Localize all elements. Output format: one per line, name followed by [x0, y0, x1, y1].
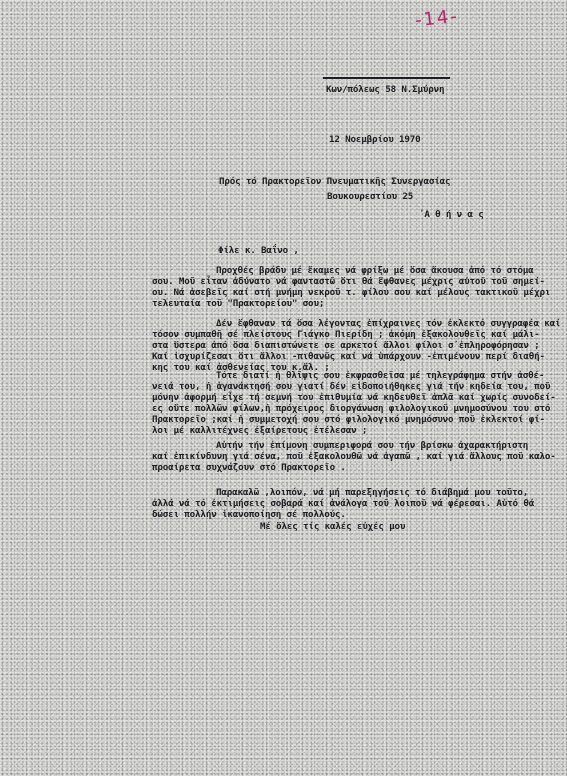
paragraph-line: Καί ἰσχυρίζεσαι ὅτι ἄλλοι -πιθανῶς καί ν…	[152, 351, 545, 362]
recipient-line-1: Πρός τό Πρακτορεῖον Πνευματικῆς Συνεργασ…	[219, 176, 450, 187]
paragraph-line: Προχθές βράδυ μέ ἔκαμες νά φρίξω μέ ὅσα …	[216, 265, 534, 276]
paragraph-line: Πρακτορεῖο ;καί ἡ συμμετοχή σου στό φιλο…	[152, 414, 545, 425]
address-underline	[323, 77, 450, 79]
paragraph-line: καί ἐπικίνδυνη γιά σένα, ποῦ ἐξακολουθῶ …	[152, 451, 556, 462]
paragraph-line: ες οὔτε πολλῶν φίλων,ἡ πρόχειρος διοργάν…	[152, 403, 550, 414]
paragraph-line: προαίρετα συχνάζουν στό Πρακτορεῖο .	[152, 462, 346, 473]
sender-address: Κων/πόλεως 58 Ν.Σμύρνη	[326, 84, 444, 95]
paragraph-line: μόνην ἀφορμή εἶχε τή σεμνή του ἐπιθυμία …	[152, 392, 556, 403]
recipient-line-3: ᾽Α θ ή ν α ς	[419, 209, 484, 220]
paragraph-line: δώσει πολλήν ἱκανοποίηση σέ πολλούς.	[152, 509, 346, 520]
paragraph-line: τόσον συμπαθῆ σέ πλείστους Γιάγκο Πιερίδ…	[152, 329, 539, 340]
letter-date: 12 Νοεμβρίου 1970	[329, 134, 420, 145]
typewritten-letter-page: -14- Κων/πόλεως 58 Ν.Σμύρνη 12 Νοεμβρίου…	[0, 0, 567, 776]
paragraph-line: ἀλλά νά τό ἐκτιμήσεις σοβαρά καί ἀνάλογα…	[152, 498, 534, 509]
paragraph-line: ου. Νά ἀσεβεῖς καί στή μνήμη νεκροῦ τ. φ…	[152, 287, 550, 298]
paragraph-line: σου. Μοῦ εἶταν ἀδύνατο νά φανταστῶ ὅτι θ…	[152, 276, 545, 287]
handwritten-page-number: -14-	[414, 6, 460, 31]
paragraph-line: Τότε διατί ἡ θλῖψις σου ἐκφρασθεῖσα μέ τ…	[216, 370, 544, 381]
recipient-line-2: Βουκουρεστίου 25	[327, 191, 413, 202]
paragraph-line: Παρακαλῶ ,λοιπόν, νά μή παρεξηγήσεις τό …	[216, 487, 528, 498]
paragraph-line: Δέν ἔφθαναν τά ὅσα λέγοντας ἐπίχραινες τ…	[216, 318, 560, 329]
paragraph-line: τελευταία τοῦ "Πρακτορείου" σου;	[152, 298, 324, 309]
paragraph-line: νειά του, ἡ ἀγανάκτησή σου γιατί δέν εἰδ…	[152, 381, 550, 392]
paragraph-line: λοι μέ καλλιτέχνες ἐξαίρετους ἐτέλεσαν ;	[152, 425, 367, 436]
paragraph-line: στα ὕστερα ἀπό ὅσα διαπιστώνετε σε αρκετ…	[152, 340, 539, 351]
salutation: Φίλε κ. Βαΐνο ,	[218, 245, 299, 256]
closing: Μέ ὅλες τίς καλές εὐχές μου	[260, 521, 405, 532]
paragraph-line: Αὐτήν τήν ἐπίμονη συμπεριφορά σου τήν βρ…	[216, 440, 528, 451]
